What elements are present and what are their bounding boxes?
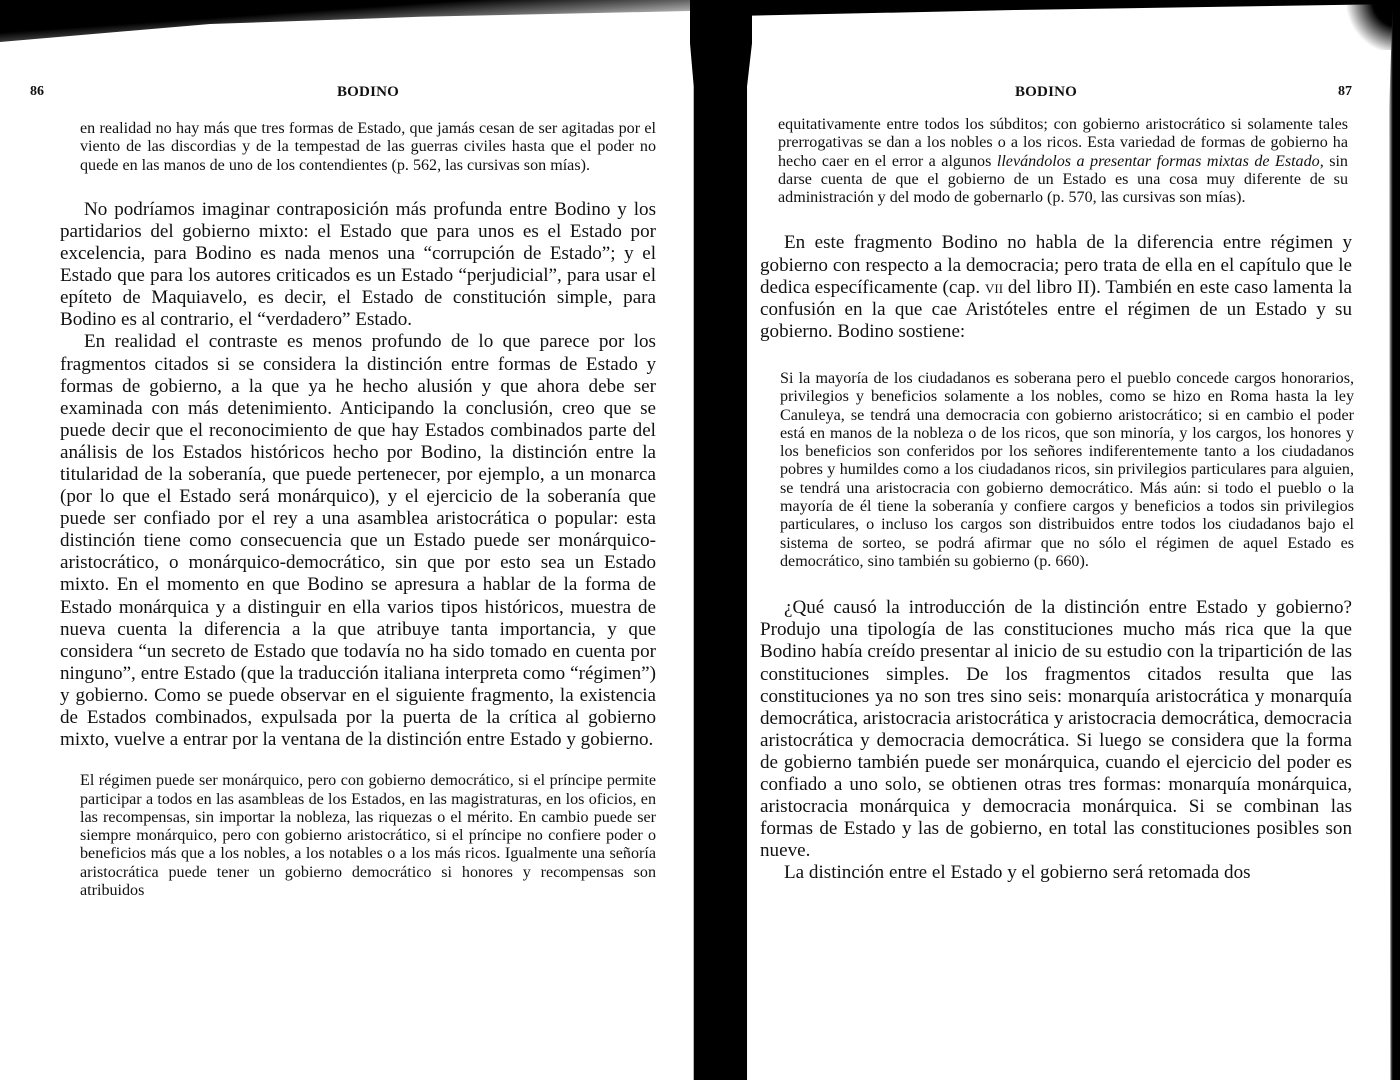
block-quote: en realidad no hay más que tres formas d… xyxy=(80,120,656,175)
body-paragraph: La distinción entre el Estado y el gobie… xyxy=(760,862,1352,884)
emphasized-text: llevándolos a presentar formas mixtas de… xyxy=(997,153,1324,170)
body-paragraph: ¿Qué causó la introducción de la distinc… xyxy=(760,597,1352,862)
scan-shadow-right-edge xyxy=(1388,0,1400,1080)
scan-shadow-top-right xyxy=(700,0,1400,20)
running-head-title: BODINO xyxy=(750,84,1342,101)
scan-shadow-corner-right xyxy=(1340,0,1400,50)
block-quote: El régimen puede ser monárquico, pero co… xyxy=(80,772,656,900)
body-paragraph: En este fragmento Bodino no habla de la … xyxy=(760,232,1352,342)
running-head-title: BODINO xyxy=(80,84,656,101)
scan-shadow-top-left xyxy=(0,0,700,60)
chapter-numeral: vii xyxy=(985,277,1003,298)
right-page: BODINO 87 equitativamente entre todos lo… xyxy=(760,80,1352,884)
running-head: BODINO 87 xyxy=(760,80,1352,106)
book-spine-gutter xyxy=(690,0,752,1080)
block-quote: equitativamente entre todos los súbditos… xyxy=(778,116,1348,207)
body-paragraph: En realidad el contraste es menos profun… xyxy=(60,331,656,751)
page-number: 87 xyxy=(1338,84,1352,100)
body-paragraph: No podríamos imaginar contraposición más… xyxy=(60,199,656,332)
left-page: 86 BODINO en realidad no hay más que tre… xyxy=(80,80,656,900)
page-number: 86 xyxy=(30,84,44,100)
block-quote: Si la mayoría de los ciudadanos es sober… xyxy=(780,370,1354,571)
running-head: 86 BODINO xyxy=(80,80,656,106)
